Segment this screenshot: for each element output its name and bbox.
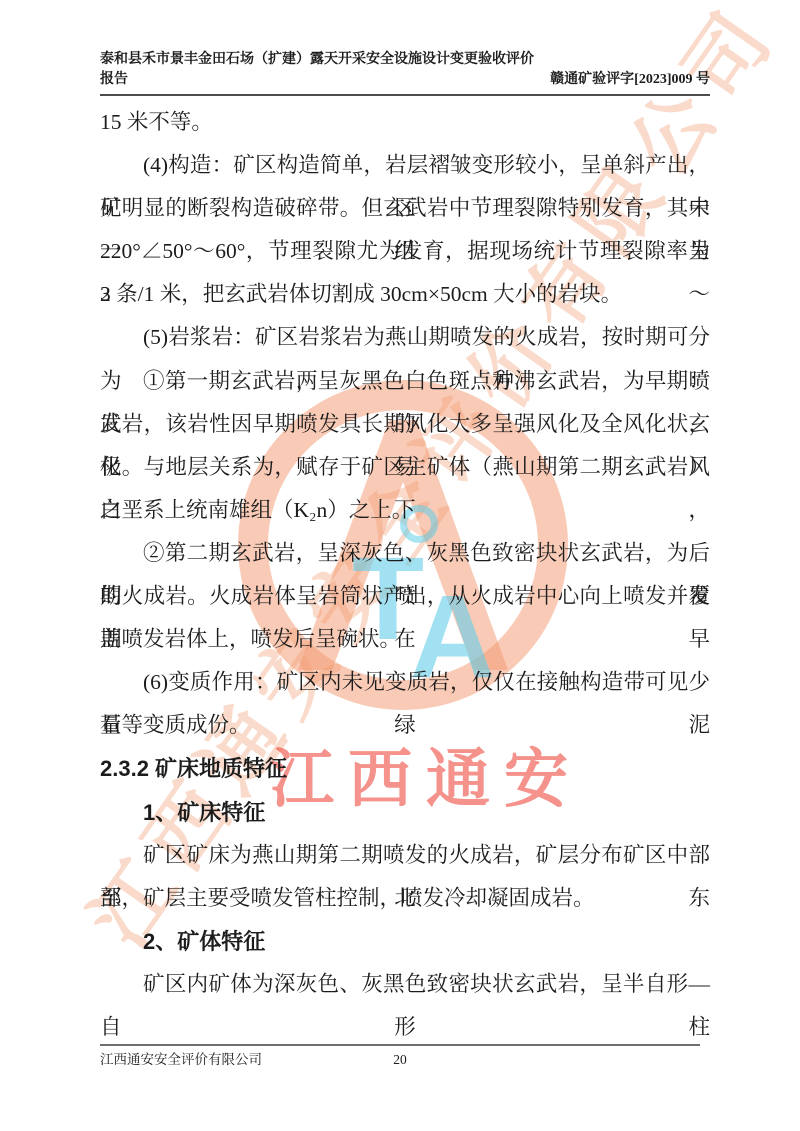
heading-line: 1、矿床特征 <box>100 791 710 834</box>
text-line: (6)变质作用：矿区内未见变质岩，仅仅在接触构造带可见少量绿泥 <box>100 661 710 704</box>
header-doc-number: 赣通矿验评字[2023]009 号 <box>550 70 710 90</box>
text-line: (4)构造：矿区构造简单，岩层褶皱变形较小，呈单斜产出，矿区未 <box>100 144 710 187</box>
footer-company-name: 江西通安安全评价有限公司 <box>100 1051 262 1069</box>
text-line: 15 米不等。 <box>100 101 710 144</box>
text-line: ①第一期玄武岩，呈灰黑色白色斑点方沸玄武岩，为早期喷发的玄 <box>100 360 710 403</box>
heading-line: 2.3.2 矿床地质特征 <box>100 747 710 790</box>
text-line: 武岩，该岩性因早期喷发具长期风化大多呈强风化及全风化状，极易风 <box>100 403 710 446</box>
text-line: 化。与地层关系为，赋存于矿区主矿体（燕山期第二期玄武岩）之下， <box>100 446 710 489</box>
document-body: 15 米不等。(4)构造：矿区构造简单，岩层褶皱变形较小，呈单斜产出，矿区未见明… <box>100 101 710 1006</box>
document-page: 泰和县禾市景丰金田石场（扩建）露天开采安全设施设计变更验收评价报告 赣通矿验评字… <box>0 0 800 1131</box>
text-line: 矿区矿床为燕山期第二期喷发的火成岩，矿层分布矿区中部至北东 <box>100 834 710 877</box>
text-line: ②第二期玄武岩，呈深灰色、灰黑色致密块状玄武岩，为后期喷发 <box>100 532 710 575</box>
text-line: 矿区内矿体为深灰色、灰黑色致密块状玄武岩，呈半自形—自形柱 <box>100 963 710 1006</box>
header-report-title: 泰和县禾市景丰金田石场（扩建）露天开采安全设施设计变更验收评价报告 <box>100 50 536 90</box>
page-header: 泰和县禾市景丰金田石场（扩建）露天开采安全设施设计变更验收评价报告 赣通矿验评字… <box>100 50 710 96</box>
page-footer: 江西通安安全评价有限公司 20 <box>100 1044 700 1069</box>
text-line: 的火成岩。火成岩体呈岩筒状产出，从火成岩中心向上喷发并覆盖在早 <box>100 575 710 618</box>
text-line: 3 条/1 米，把玄武岩体切割成 30cm×50cm 大小的岩块。 <box>100 273 710 316</box>
text-line: 见明显的断裂构造破碎带。但玄武岩中节理裂隙特别发育，其中一组呈 <box>100 187 710 230</box>
text-line: 220°∠50°～60°，节理裂隙尤为发育，据现场统计节理裂隙率为 2～ <box>100 230 710 273</box>
heading-line: 2、矿体特征 <box>100 920 710 963</box>
text-line: (5)岩浆岩：矿区岩浆岩为燕山期喷发的火成岩，按时期可分为两种： <box>100 316 710 359</box>
